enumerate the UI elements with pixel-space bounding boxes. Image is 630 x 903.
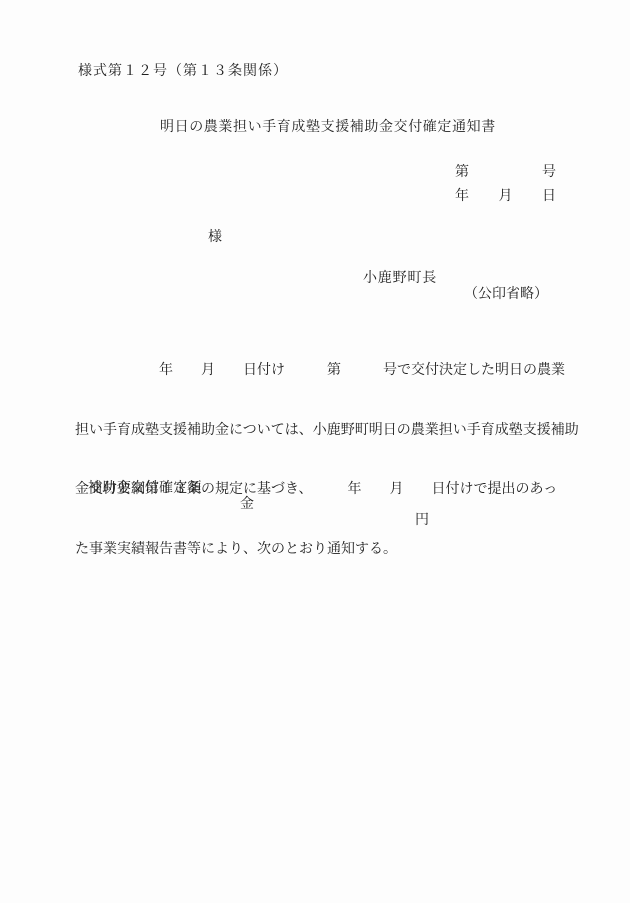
amount-line: 補助金交付確定額 金 円: [0, 461, 630, 481]
date-day-label: 日: [542, 185, 556, 205]
body-line: 年 月 日付け 第 号で交付決定した明日の農業: [75, 357, 585, 385]
doc-number-prefix: 第: [455, 161, 469, 181]
amount-currency-prefix: 金: [240, 493, 254, 513]
date-month-label: 月: [499, 185, 513, 205]
date-year-label: 年: [455, 185, 469, 205]
body-line: た事業実績報告書等により、次のとおり通知する。: [75, 536, 585, 564]
seal-omission-note: （公印省略）: [464, 283, 548, 303]
amount-label: 補助金交付確定額: [88, 477, 202, 497]
form-number: 様式第１２号（第１３条関係）: [78, 60, 288, 80]
doc-number-suffix: 号: [542, 161, 556, 181]
amount-currency-suffix: 円: [415, 509, 429, 529]
addressee-honorific: 様: [208, 226, 222, 246]
date-line: 年 月 日: [455, 185, 556, 205]
document-page: 様式第１２号（第１３条関係） 明日の農業担い手育成塾支援補助金交付確定通知書 第…: [0, 0, 630, 903]
sender-title: 小鹿野町長: [363, 267, 437, 287]
document-title: 明日の農業担い手育成塾支援補助金交付確定通知書: [160, 116, 496, 136]
doc-number-line: 第 号: [455, 161, 556, 181]
body-line: 担い手育成塾支援補助金については、小鹿野町明日の農業担い手育成塾支援補助: [75, 417, 585, 445]
